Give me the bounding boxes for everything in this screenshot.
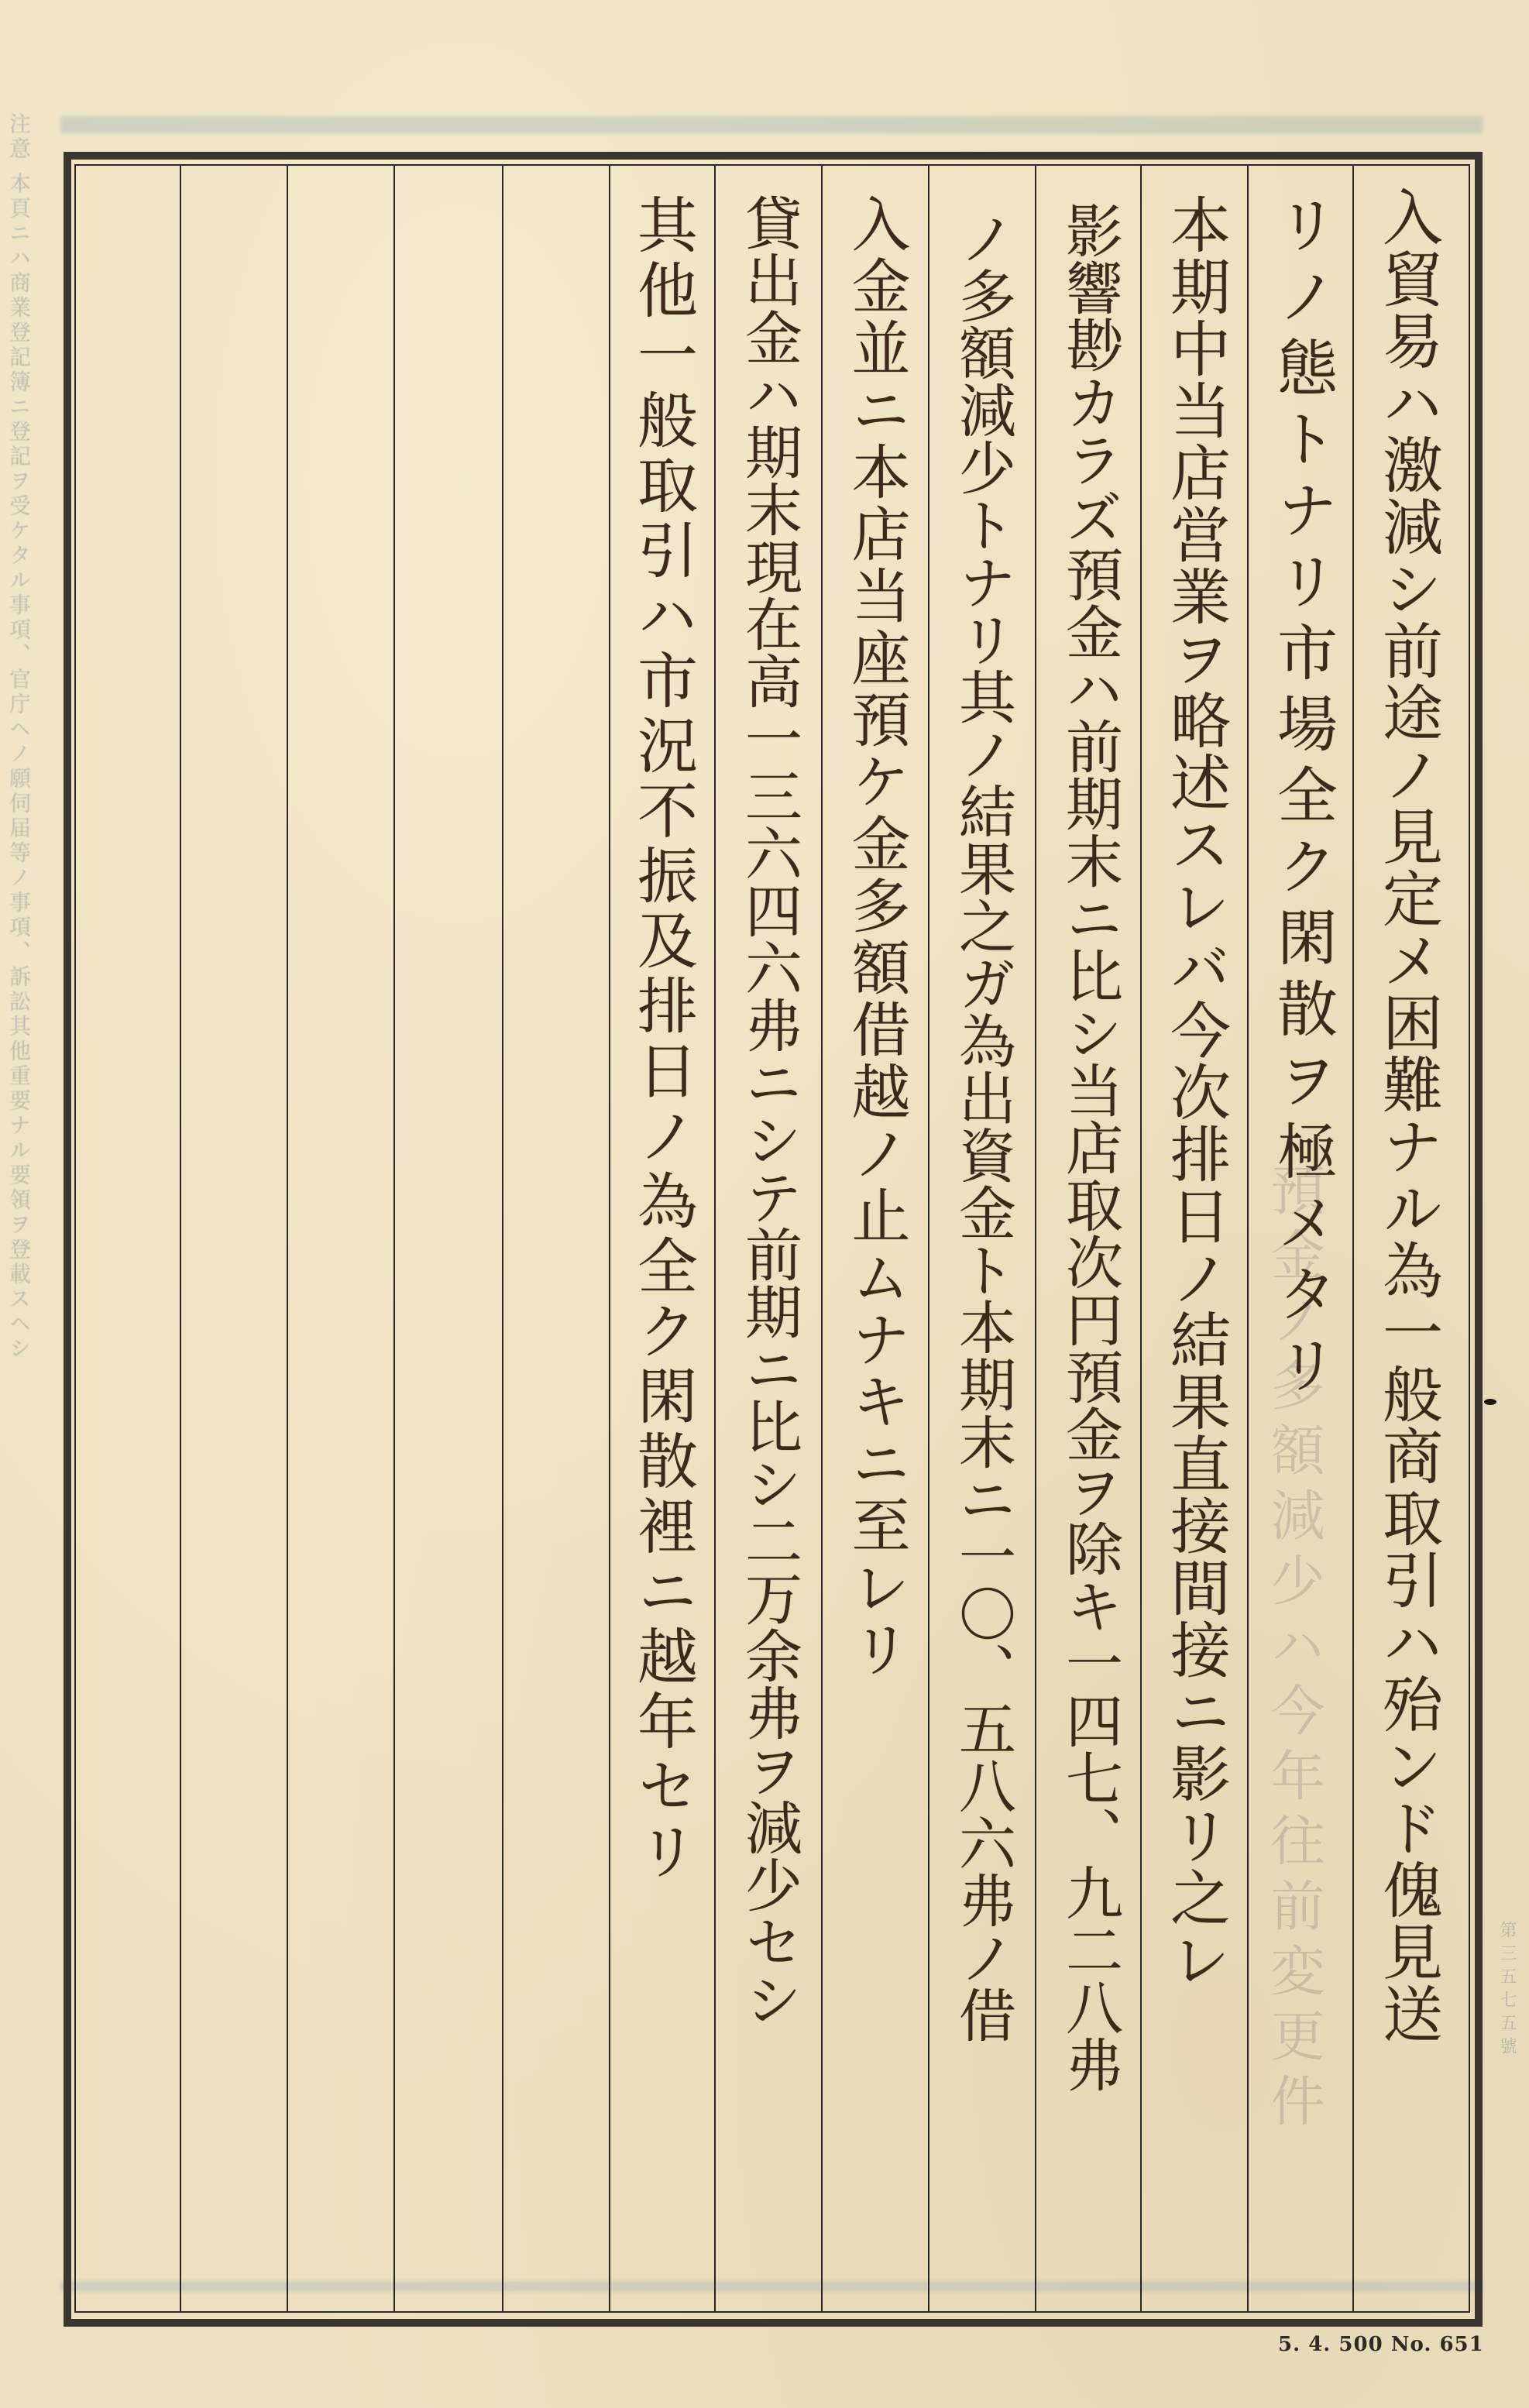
handwritten-column-5: ノ多額減少トナリ其ノ結果之ガ為出資金ト本期末ニ一〇、五八六弗ノ借 (940, 209, 1026, 2043)
handwritten-column-6: 入金並ニ本店当座預ケ金多額借越ノ止ムナキニ至レリ (833, 194, 919, 1681)
left-margin-instruction-note: 注意 本頁ニハ商業登記簿ニ登記ヲ受ケタル事項、官庁ヘノ願伺届等ノ事項、訴訟其他重… (5, 112, 33, 1362)
handwritten-column-4: 影響尠カラズ預金ハ前期末ニ比シ当店取次円預金ヲ除キ一四七、九二八弗 (1047, 201, 1132, 2093)
column-rule (1035, 166, 1036, 2311)
column-rule (1247, 166, 1249, 2311)
handwritten-column-3: 本期中当店営業ヲ略述スレバ今次排日ノ結果直接間接ニ影リ之レ (1153, 194, 1238, 1991)
column-rule (287, 166, 288, 2311)
document-page: 注意 本頁ニハ商業登記簿ニ登記ヲ受ケタル事項、官庁ヘノ願伺届等ノ事項、訴訟其他重… (0, 0, 1529, 2408)
punch-hole (1484, 1399, 1496, 1405)
right-margin-note: 第三五七五號 (1495, 1921, 1519, 2060)
column-rule (1352, 166, 1354, 2311)
column-rule (180, 166, 181, 2311)
column-rule (502, 166, 503, 2311)
handwritten-column-2: リノ態トナリ市場全ク閑散ヲ極メタリ (1259, 194, 1345, 1405)
form-code: 5. 4. 500 No. 651 (1278, 2333, 1484, 2356)
column-rule (821, 166, 823, 2311)
handwritten-column-7: 貸出金ハ期末現在高一三六四六弗ニシテ前期ニ比シ二万余弗ヲ減少セシ (727, 194, 812, 2028)
printed-header-band (60, 116, 1483, 133)
column-rule (609, 166, 610, 2311)
column-rule (393, 166, 395, 2311)
handwritten-column-1: 入貿易ハ激減シ前途ノ見定メ困難ナル為一般商取引ハ殆ンド傀見送 (1365, 186, 1450, 2045)
column-rule (714, 166, 716, 2311)
handwritten-column-8: 其他一般取引ハ市況不振及排日ノ為全ク閑散裡ニ越年セリ (620, 194, 705, 1885)
column-rule (928, 166, 929, 2311)
column-rule (1140, 166, 1142, 2311)
